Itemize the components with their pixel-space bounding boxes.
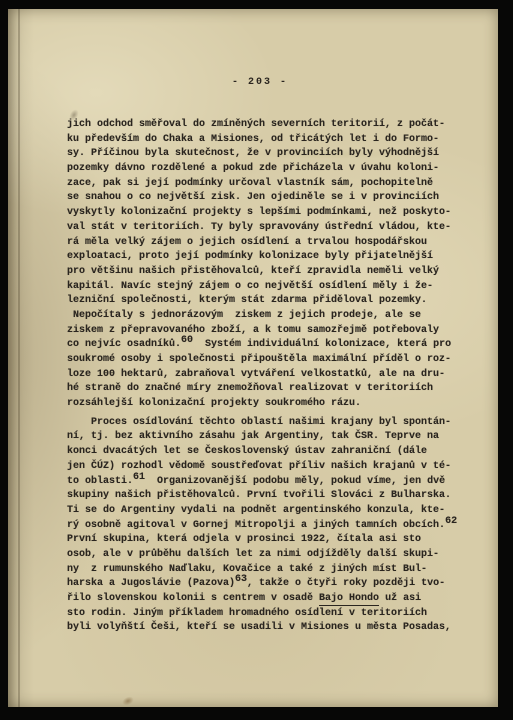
text-line: se snahou o co největší zisk. Jen ojedin… <box>67 191 487 206</box>
text-line: soukromé osoby i společnosti připouštěla… <box>67 353 487 368</box>
text-line: exploataci, proto její podmínky koloniza… <box>67 250 487 265</box>
scanned-book-page: - 203 - jich odchod směřoval do zmíněnýc… <box>0 0 513 720</box>
text-line: jich odchod směřoval do zmíněných severn… <box>67 118 487 133</box>
text-line: ní, tj. bez aktivního zásahu jak Argenti… <box>67 430 487 445</box>
text-line: zace, pak si její podmínky určoval vlast… <box>67 177 487 192</box>
text-line: vyskytly kolonizační projekty s lepšími … <box>67 206 487 221</box>
text-line: rý osobně agitoval v Gornej Mitropolji a… <box>67 519 487 534</box>
footnote-reference: 61 <box>133 471 145 486</box>
text-line: Proces osídlování těchto oblastí našimi … <box>67 416 487 431</box>
footnote-reference: 63 <box>235 573 247 588</box>
text-line: sto rodin. Jiným příkladem hromadného os… <box>67 607 487 622</box>
page-binding-edge <box>18 9 20 707</box>
text-line: hé straně do značné míry znemožňoval rea… <box>67 382 487 397</box>
text-line: ny z rumunského Naďlaku, Kovačice a také… <box>67 563 487 578</box>
text-line: sy. Příčinou byla skutečnost, že v provi… <box>67 147 487 162</box>
text-line: harska a Jugoslávie (Pazova)63, takže o … <box>67 577 487 592</box>
paragraph: jich odchod směřoval do zmíněných severn… <box>67 118 487 412</box>
text-line: pozemky dávno rozdělené a pokud zde přic… <box>67 162 487 177</box>
text-line: jen ČÚZ) rozhodl vědomě soustřeďovat pří… <box>67 460 487 475</box>
text-line: ku především do Chaka a Misiones, od tři… <box>67 133 487 148</box>
text-line: řilo slovenskou kolonii s centrem v osad… <box>67 592 487 607</box>
text-line: kapitál. Navíc stejný zájem o co největš… <box>67 280 487 295</box>
book-page: - 203 - jich odchod směřoval do zmíněnýc… <box>8 9 498 707</box>
text-line: co nejvíc osadníků.60 Systém individuáln… <box>67 338 487 353</box>
text-line: pro většinu našich přistěhovalců, kteří … <box>67 265 487 280</box>
text-line: Nepočítaly s jednorázovým ziskem z jejic… <box>67 309 487 324</box>
paragraph: Proces osídlování těchto oblastí našimi … <box>67 416 487 636</box>
text-line: rá měla velký zájem o jejich osídlení a … <box>67 236 487 251</box>
text-block: jich odchod směřoval do zmíněných severn… <box>67 118 487 636</box>
footnote-reference: 62 <box>445 515 457 530</box>
text-line: byli volyňští Češi, kteří se usadili v M… <box>67 621 487 636</box>
text-line: lezniční společnosti, kterým stát zdarma… <box>67 294 487 309</box>
footnote-reference: 60 <box>181 334 193 349</box>
text-line: to oblasti.61 Organizovanější podobu měl… <box>67 475 487 490</box>
text-line: osob, ale v průběhu dalších let za nimi … <box>67 548 487 563</box>
text-line: ziskem z přepravovaného zboží, a k tomu … <box>67 324 487 339</box>
text-line: rozsáhlejší kolonizační projekty soukrom… <box>67 397 487 412</box>
page-number: - 203 - <box>67 77 453 88</box>
text-line: Ti se do Argentiny vydali na podnět arge… <box>67 504 487 519</box>
text-line: val stát v teritoriích. Ty byly spravová… <box>67 221 487 236</box>
paper-stain <box>121 695 135 707</box>
text-line: loze 100 hektarů, zabraňoval vytváření v… <box>67 368 487 383</box>
underlined-text: Bajo Hondo <box>319 593 379 606</box>
text-line: skupiny našich přistěhovalců. První tvoř… <box>67 489 487 504</box>
text-line: konci dvacátých let se Československý ús… <box>67 445 487 460</box>
text-line: První skupina, která odjela v prosinci 1… <box>67 533 487 548</box>
